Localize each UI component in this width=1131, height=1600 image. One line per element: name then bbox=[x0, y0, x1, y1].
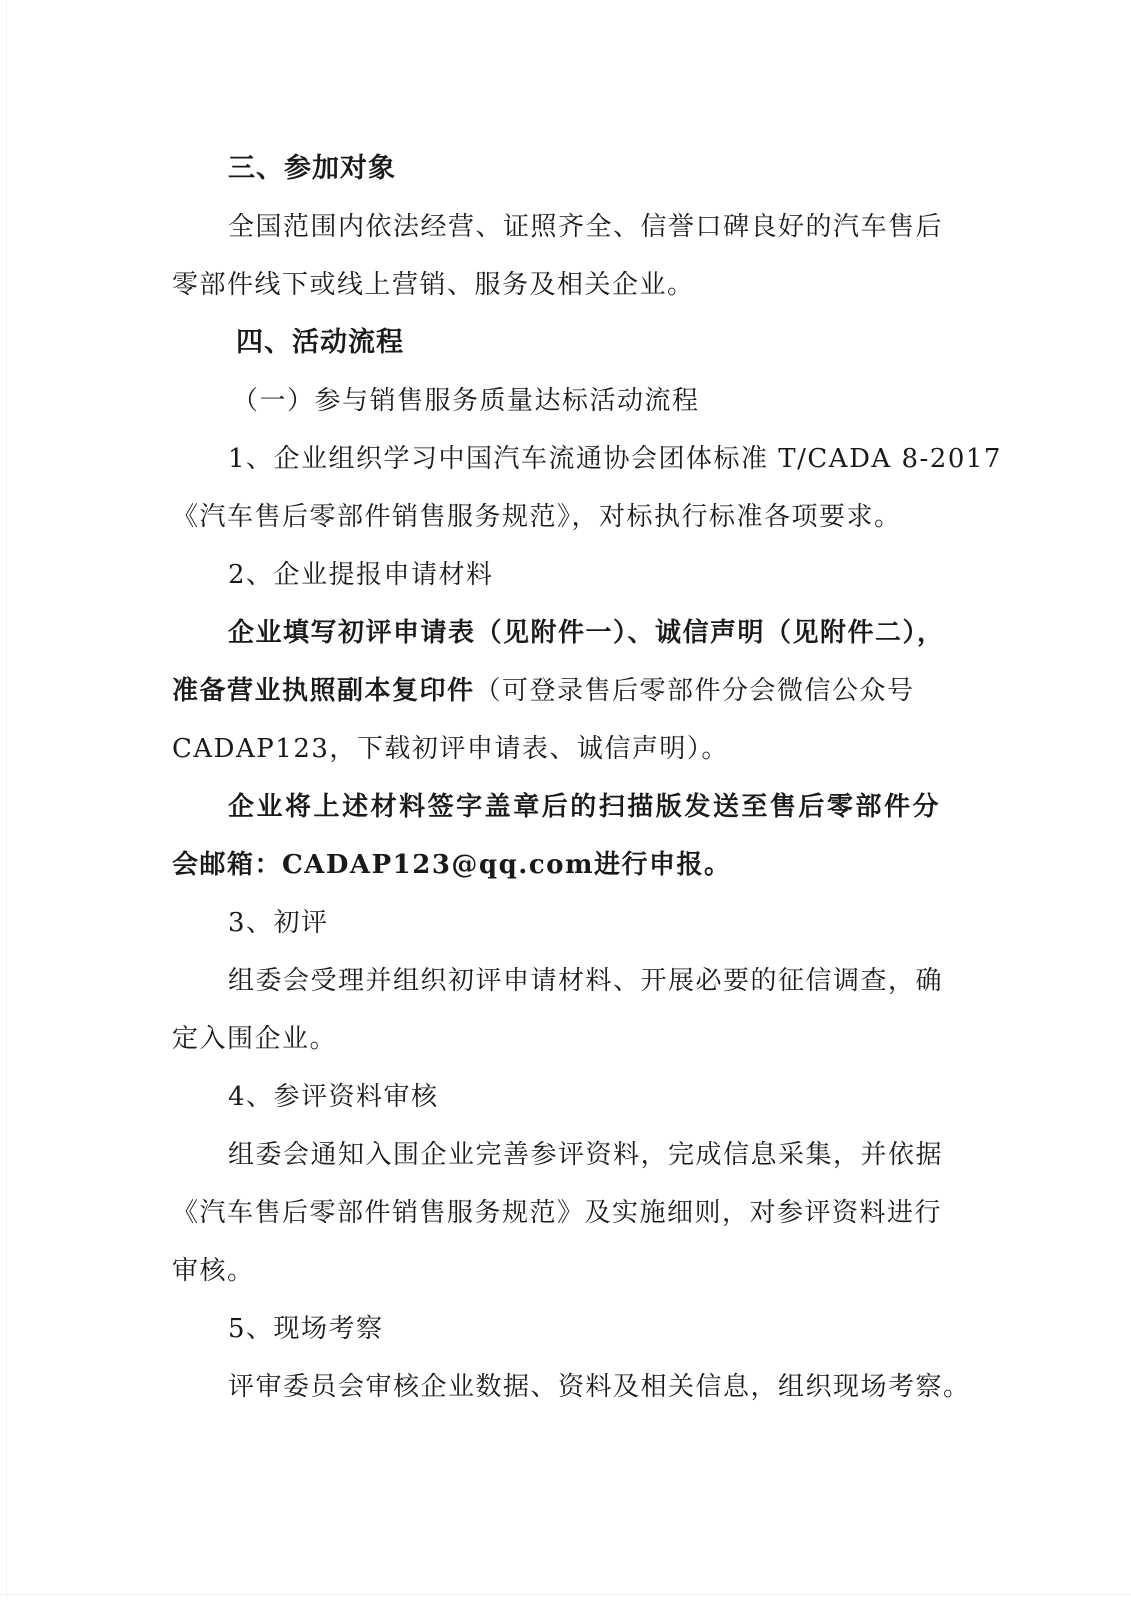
paragraph-line-bold: 企业将上述材料签字盖章后的扫描版发送至售后零部件分 bbox=[172, 778, 940, 836]
paragraph-line: 全国范围内依法经营、证照齐全、信誉口碑良好的汽车售后 bbox=[172, 198, 940, 256]
paragraph-line-bold-email: 会邮箱：CADAP123@qq.com进行申报。 bbox=[172, 836, 940, 894]
step-title-4: 4、参评资料审核 bbox=[172, 1068, 940, 1126]
scan-edge-artifact bbox=[6, 0, 7, 1600]
step-title-2: 2、企业提报申请材料 bbox=[172, 546, 940, 604]
paragraph-line: 零部件线下或线上营销、服务及相关企业。 bbox=[172, 256, 940, 314]
paragraph-line: 1、企业组织学习中国汽车流通协会团体标准 T/CADA 8-2017 bbox=[172, 430, 940, 488]
document-page: 三、参加对象 全国范围内依法经营、证照齐全、信誉口碑良好的汽车售后 零部件线下或… bbox=[172, 140, 940, 1416]
paragraph-line: 组委会受理并组织初评申请材料、开展必要的征信调查，确 bbox=[172, 952, 940, 1010]
normal-text: （可登录售后零部件分会微信公众号 bbox=[475, 676, 915, 706]
section-heading-participants: 三、参加对象 bbox=[172, 140, 940, 198]
bold-text: 准备营业执照副本复印件 bbox=[172, 676, 475, 706]
paragraph-line: 《汽车售后零部件销售服务规范》，对标执行标准各项要求。 bbox=[172, 488, 940, 546]
section-heading-process: 四、活动流程 bbox=[172, 314, 940, 372]
subsection-heading: （一）参与销售服务质量达标活动流程 bbox=[172, 372, 940, 430]
step-title-3: 3、初评 bbox=[172, 894, 940, 952]
paragraph-line-bold: 企业填写初评申请表（见附件一）、诚信声明（见附件二）， bbox=[172, 604, 940, 662]
scan-edge-artifact-bottom bbox=[0, 1594, 1131, 1595]
paragraph-line: 《汽车售后零部件销售服务规范》及实施细则，对参评资料进行 bbox=[172, 1184, 940, 1242]
paragraph-line: 定入围企业。 bbox=[172, 1010, 940, 1068]
paragraph-line-mixed: 准备营业执照副本复印件（可登录售后零部件分会微信公众号 bbox=[172, 662, 940, 720]
paragraph-line: 组委会通知入围企业完善参评资料，完成信息采集，并依据 bbox=[172, 1126, 940, 1184]
step-title-5: 5、现场考察 bbox=[172, 1300, 940, 1358]
paragraph-line: CADAP123，下载初评申请表、诚信声明）。 bbox=[172, 720, 940, 778]
paragraph-line: 审核。 bbox=[172, 1242, 940, 1300]
paragraph-line: 评审委员会审核企业数据、资料及相关信息，组织现场考察。 bbox=[172, 1358, 940, 1416]
